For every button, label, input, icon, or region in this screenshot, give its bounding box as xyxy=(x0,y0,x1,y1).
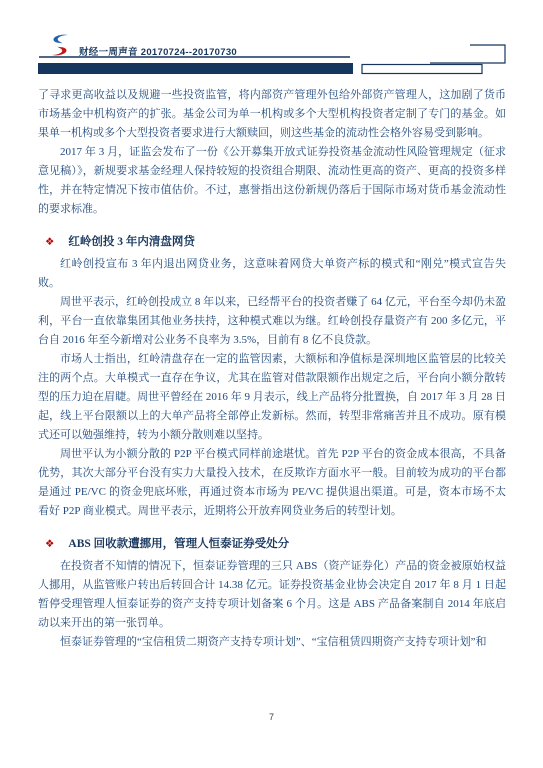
diamond-bullet-icon: ❖ xyxy=(45,535,54,554)
section-heading-abs: ❖ ABS 回收款遭挪用，管理人恒泰证券受处分 xyxy=(45,535,506,554)
diamond-bullet-icon: ❖ xyxy=(45,233,54,252)
intro-paragraph: 了寻求更高收益以及规避一些投资监管，将内部资产管理外包给外部资产管理人，这加剧了… xyxy=(38,86,506,143)
body-paragraph: 红岭创投宣布 3 年内退出网贷业务，这意味着网贷大单资产标的模式和“刚兑”模式宣… xyxy=(38,255,506,293)
document-body: 了寻求更高收益以及规避一些投资监管，将内部资产管理外包给外部资产管理人，这加剧了… xyxy=(38,86,506,652)
intro-paragraph: 2017 年 3 月，证监会发布了一份《公开募集开放式证券投资基金流动性风险管理… xyxy=(38,143,506,219)
section-title: ABS 回收款遭挪用，管理人恒泰证券受处分 xyxy=(68,535,289,554)
section-heading-hongling: ❖ 红岭创投 3 年内清盘网贷 xyxy=(45,233,506,252)
document-page: 财经一周声音 20170724--20170730 了寻求更高收益以及规避一些投… xyxy=(0,0,543,768)
header-decoration xyxy=(0,0,543,85)
body-paragraph: 周世平认为小额分散的 P2P 平台模式同样前途堪忧。首先 P2P 平台的资金成本… xyxy=(38,445,506,521)
body-paragraph: 恒泰证券管理的“宝信租赁二期资产支持专项计划”、“宝信租赁四期资产支持专项计划”… xyxy=(38,633,506,652)
body-paragraph: 周世平表示，红岭创投成立 8 年以来，已经帮平台的投资者赚了 64 亿元，平台至… xyxy=(38,293,506,350)
section-title: 红岭创投 3 年内清盘网贷 xyxy=(68,233,195,252)
body-paragraph: 在投资者不知情的情况下，恒泰证券管理的三只 ABS（资产证券化）产品的资金被原始… xyxy=(38,557,506,633)
page-number: 7 xyxy=(0,712,543,722)
body-paragraph: 市场人士指出，红岭清盘存在一定的监管因素，大额标和净值标是深圳地区监管层的比较关… xyxy=(38,350,506,445)
